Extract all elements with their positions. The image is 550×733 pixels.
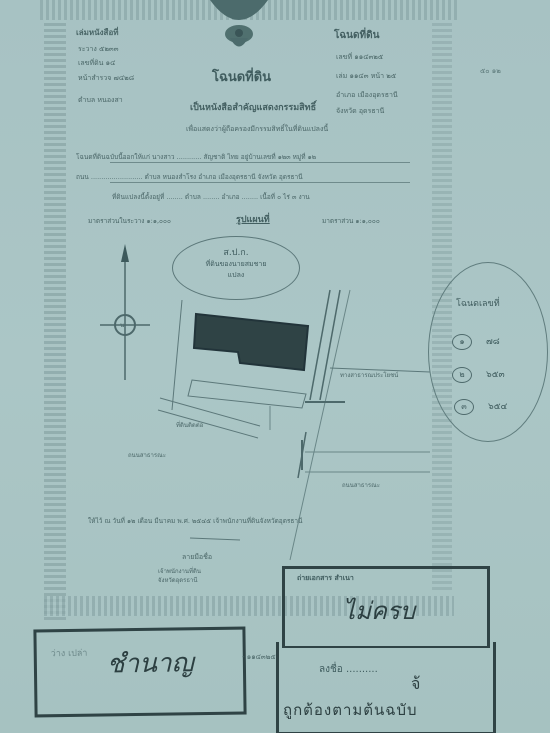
stamp-sign-line: ลงชื่อ ..........: [319, 662, 378, 677]
stamp-right-bottom: ลงชื่อ .......... จ้ ถูกต้องตามต้นฉบับ: [276, 642, 496, 733]
deed-page: เล่มหนังสือที่ ระวาง ๕๒๓๓ เลขที่ดิน ๑๔ ห…: [0, 0, 550, 733]
issue-line: ให้ไว้ ณ วันที่ ๑๒ เดือน มีนาคม พ.ศ. ๒๕๔…: [88, 516, 303, 526]
oval-label-line: ส.ป.ก.: [173, 245, 299, 259]
compass-label: น: [120, 320, 124, 330]
stamp-right-top: ถ่ายเอกสาร สำเนา ไม่ครบ: [282, 566, 490, 648]
hand-circle-title: โฉนดเลขที่: [456, 296, 500, 310]
hand-circle-item: ๓๖๕๔: [454, 399, 507, 415]
road-label: ถนนสาธารณะ: [342, 480, 380, 490]
deed-number: ๖๕๔: [488, 402, 507, 412]
deed-number: ๗๘: [486, 337, 500, 347]
stamp-header: ถ่ายเอกสาร สำเนา: [297, 573, 354, 584]
circled-number: ๒: [452, 367, 472, 383]
hand-circle-item: ๒๖๕๓: [452, 367, 505, 383]
map-label-oval: ส.ป.ก. ที่ดินของนายสมชาย แปลง: [172, 236, 300, 300]
stamp-side-text: - ๑๑๔๓๒๕: [242, 652, 276, 663]
circled-number: ๓: [454, 399, 474, 415]
deed-number: ๖๕๓: [486, 370, 505, 380]
stamp-left: ว่าง เปล่า ชำนาญ: [33, 627, 246, 718]
oval-label-line: แปลง: [173, 270, 299, 281]
official-title: จังหวัดอุดรธานี: [158, 575, 198, 585]
road-label: ถนนสาธารณะ: [128, 450, 166, 460]
stamp-handwriting: ชำนาญ: [107, 642, 194, 684]
stamp-handwriting: ไม่ครบ: [343, 591, 415, 630]
stamp-mark: จ้: [411, 672, 420, 697]
stamp-faint-text: ว่าง เปล่า: [51, 646, 88, 661]
circled-number: ๑: [452, 334, 472, 350]
oval-label-line: ที่ดินของนายสมชาย: [173, 259, 299, 270]
signature-label: ลายมือชื่อ: [182, 552, 212, 563]
road-label: ทางสาธารณประโยชน์: [340, 370, 398, 380]
hand-circle-item: ๑๗๘: [452, 334, 500, 350]
stamp-certification: ถูกต้องตามต้นฉบับ: [283, 698, 418, 722]
handwritten-circle: [428, 262, 548, 442]
road-label: ที่ดินติดต่อ: [176, 420, 203, 430]
